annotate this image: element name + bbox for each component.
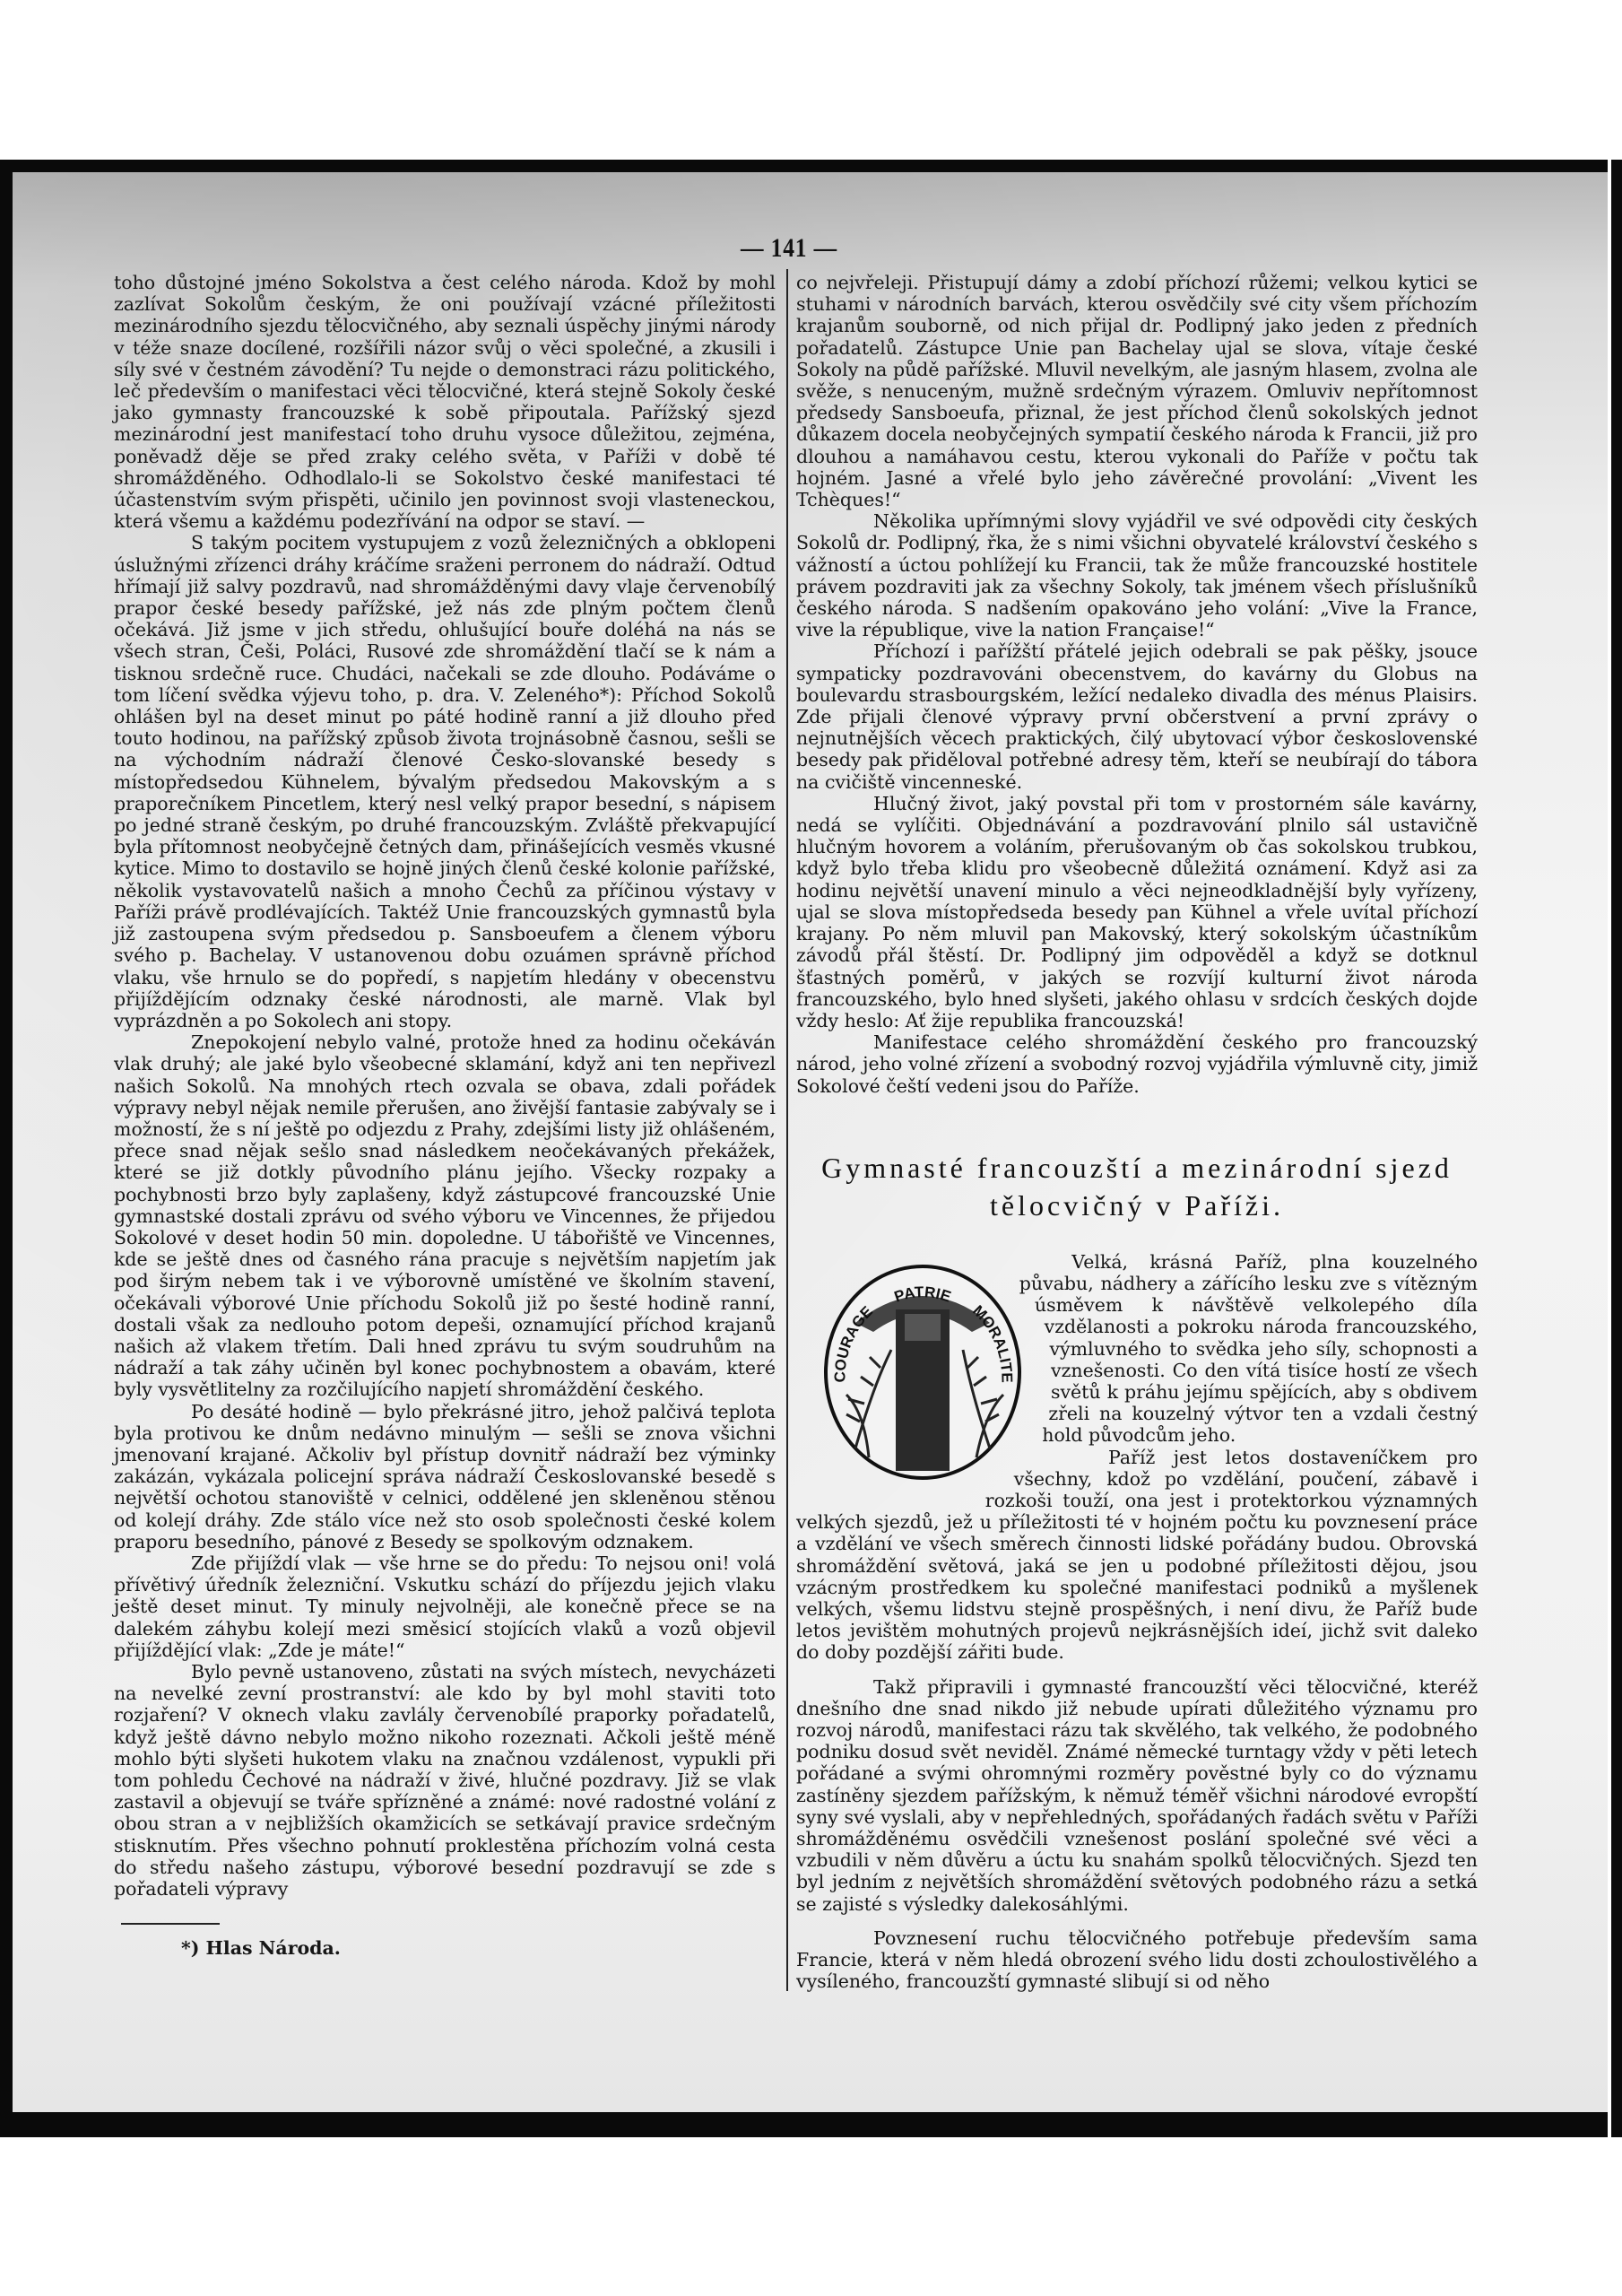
paragraph: Hlučný život, jaký povstal při tom v pro…: [796, 793, 1478, 1031]
page-number: — 141 —: [713, 233, 865, 264]
footnote: *) Hlas Národa.: [114, 1937, 776, 1959]
section-title: Gymnasté francouzští a mezinárodní sjezd…: [796, 1149, 1478, 1224]
section-title-line: tělocvičný v Paříži.: [796, 1187, 1478, 1224]
paragraph: Povznesení ruchu tělocvičného potřebuje …: [796, 1927, 1478, 1993]
paragraph: S takým pocitem vystupujem z vozů železn…: [114, 532, 776, 1031]
page-edge: [1608, 160, 1622, 2137]
paragraph: toho důstojné jméno Sokolstva a čest cel…: [114, 272, 776, 532]
left-column: toho důstojné jméno Sokolstva a čest cel…: [114, 272, 776, 1959]
paragraph: Znepokojení nebylo valné, protože hned z…: [114, 1031, 776, 1400]
section-title-line: Gymnasté francouzští a mezinárodní sjezd: [796, 1149, 1478, 1187]
paragraph: Manifestace celého shromáždění českého p…: [796, 1031, 1478, 1097]
footnote-divider: [121, 1923, 220, 1925]
medallion-icon: PATRIE COURAGE MORALITE: [820, 1260, 1035, 1500]
paragraph: co nejvřeleji. Přistupují dámy a zdobí p…: [796, 272, 1478, 510]
paragraph: Zde přijíždí vlak — vše hrne se do předu…: [114, 1552, 776, 1661]
column-divider: [786, 269, 788, 1991]
paragraph: Bylo pevně ustanoveno, zůstati na svých …: [114, 1661, 776, 1900]
paragraph: Po desáté hodině — bylo překrásné jitro,…: [114, 1401, 776, 1552]
right-column: co nejvřeleji. Přistupují dámy a zdobí p…: [796, 272, 1478, 1992]
paragraph: Několika upřímnými slovy vyjádřil ve své…: [796, 510, 1478, 640]
paragraph: Příchozí i pařížští přátelé jejich odebr…: [796, 640, 1478, 792]
paragraph: Takž připravili i gymnasté francouzští v…: [796, 1676, 1478, 1915]
